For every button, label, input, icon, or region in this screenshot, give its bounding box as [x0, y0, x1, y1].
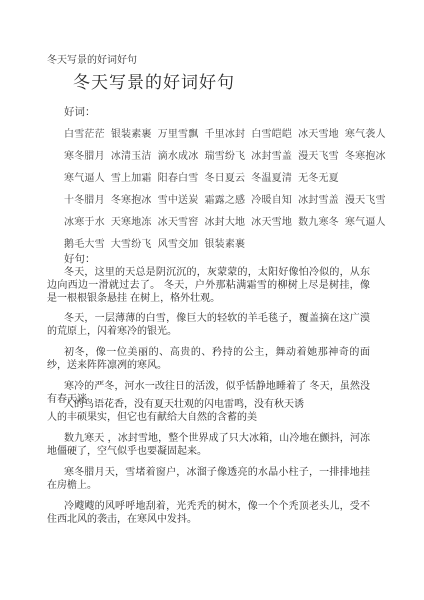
paragraph: 冬天，这里的天总是阴沉沉的，灰蒙蒙的，太阳好像怕冷似的，从东边向西边一滑就过去了…: [47, 266, 370, 305]
document-title: 冬天写景的好词好句: [73, 68, 235, 93]
running-header: 冬天写景的好词好句: [47, 51, 137, 66]
phrase: 寒气逼人: [345, 217, 386, 228]
phrase: 冰天雪地: [298, 129, 339, 140]
phrase: 寒冬腊月: [64, 151, 105, 162]
phrase: 冰清玉洁: [111, 151, 152, 162]
paragraph: 冷飕飕的风呼呼地刮着，光秃秃的树木，像一个个秃顶老头儿，受不住西北风的袭击，在寒…: [47, 500, 370, 526]
phrase: 鹅毛大雪: [64, 239, 105, 250]
phrase: 阳春白雪: [158, 173, 199, 184]
paragraph: 寒冬腊月天，雪堵着窗户，冰溜子像透亮的水晶小柱子，一排排地挂在房檐上。: [47, 466, 370, 492]
word-line: 十冬腊月冬寒抱冰雪中送炭霜露之感冷暖自知冰封雪盖漫天飞雪: [64, 191, 392, 206]
phrase: 冬寒抱冰: [111, 195, 152, 206]
phrase: 大雪纷飞: [111, 239, 152, 250]
word-line: 寒冬腊月冰清玉洁滴水成冰瑞雪纷飞冰封雪盖漫天飞雪冬寒抱冰: [64, 147, 392, 162]
phrase: 漫天飞雪: [298, 151, 339, 162]
paragraph: 人的鸟语花香，没有夏天壮观的闪电雷鸣，没有秋天诱: [47, 398, 370, 411]
document-page: 冬天写景的好词好句 冬天写景的好词好句 好词： 白雪茫茫银装素裹万里雪飘千里冰封…: [0, 0, 424, 600]
paragraph: 人的丰硕果实，但它也有献给大自然的含蓄的美: [47, 411, 370, 424]
phrase: 滴水成冰: [158, 151, 199, 162]
phrase: 银装素裹: [204, 239, 245, 250]
phrase: 数九寒冬: [298, 217, 339, 228]
phrase: 漫天飞雪: [345, 195, 386, 206]
words-label: 好词：: [64, 104, 96, 119]
paragraph: 数九寒天 ，冰封雪地，整个世界成了只大冰箱，山冷地在颤抖，河冻地僵硬了，空气似乎…: [47, 432, 370, 458]
phrase: 白雪茫茫: [64, 129, 105, 140]
phrase: 雪中送炭: [158, 195, 199, 206]
phrase: 冬寒抱冰: [345, 151, 386, 162]
phrase: 无冬无夏: [298, 173, 339, 184]
phrase: 天寒地冻: [111, 217, 152, 228]
word-line: 冰寒于水天寒地冻冰天雪窖冰封大地冰天雪地数九寒冬寒气逼人: [64, 213, 392, 228]
phrase: 冰寒于水: [64, 217, 105, 228]
word-line: 鹅毛大雪大雪纷飞风雪交加银装素裹: [64, 235, 251, 250]
phrase: 冰封雪盖: [298, 195, 339, 206]
phrase: 十冬腊月: [64, 195, 105, 206]
phrase: 雪上加霜: [111, 173, 152, 184]
phrase: 银装素裹: [111, 129, 152, 140]
phrase: 冬温夏清: [251, 173, 292, 184]
phrase: 千里冰封: [204, 129, 245, 140]
phrase: 冰天雪地: [251, 217, 292, 228]
word-line: 白雪茫茫银装素裹万里雪飘千里冰封白雪皑皑冰天雪地寒气袭人: [64, 125, 392, 140]
sentences-label: 好句：: [64, 251, 96, 266]
word-line: 寒气逼人雪上加霜阳春白雪冬日夏云冬温夏清无冬无夏: [64, 169, 345, 184]
paragraph: 冬天，一层薄薄的白雪，像巨大的轻软的羊毛毯子，覆盖摘在这广漠的荒原上，闪着寒冷的…: [47, 312, 370, 338]
phrase: 寒气袭人: [345, 129, 386, 140]
phrase: 冬日夏云: [204, 173, 245, 184]
phrase: 风雪交加: [158, 239, 199, 250]
phrase: 霜露之感: [204, 195, 245, 206]
paragraph: 初冬，像一位美丽的、高贵的、矜持的公主，舞动着她那神奇的面纱，送来阵阵凛冽的寒风…: [47, 346, 370, 372]
phrase: 冰封大地: [204, 217, 245, 228]
phrase: 冷暖自知: [251, 195, 292, 206]
phrase: 冰封雪盖: [251, 151, 292, 162]
phrase: 冰天雪窖: [158, 217, 199, 228]
phrase: 瑞雪纷飞: [204, 151, 245, 162]
phrase: 白雪皑皑: [251, 129, 292, 140]
phrase: 寒气逼人: [64, 173, 105, 184]
phrase: 万里雪飘: [158, 129, 199, 140]
